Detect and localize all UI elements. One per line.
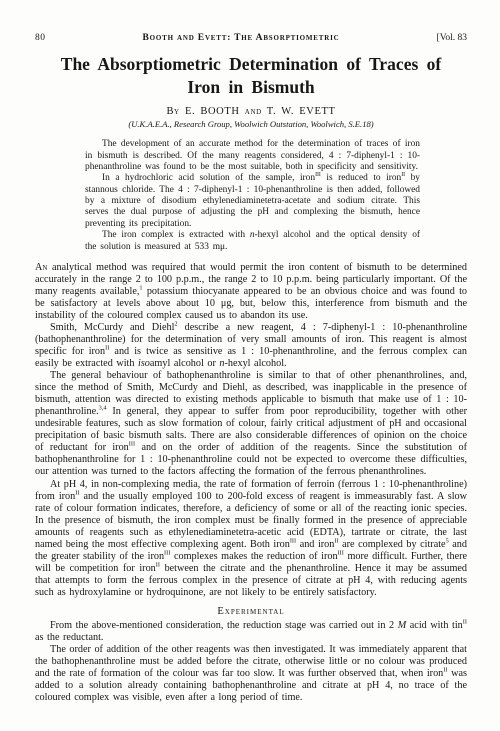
article-body: An analytical method was required that w… bbox=[35, 262, 467, 704]
abstract-paragraph-3: The iron complex is extracted with n-hex… bbox=[85, 230, 420, 253]
experimental-paragraph-2: The order of addition of the other reage… bbox=[35, 644, 467, 704]
body-paragraph-3: The general behaviour of bathophenanthro… bbox=[35, 370, 467, 478]
running-title: Booth and Evett: The Absorptiometric bbox=[143, 33, 340, 43]
body-paragraph-4: At pH 4, in non-complexing media, the ra… bbox=[35, 479, 467, 599]
page-number: 80 bbox=[35, 33, 46, 43]
body-paragraph-1: An analytical method was required that w… bbox=[35, 262, 467, 322]
journal-article-page: 80 Booth and Evett: The Absorptiometric … bbox=[0, 0, 500, 731]
byline: By E. BOOTH and T. W. EVETT bbox=[35, 106, 467, 117]
article-title-line-2: Iron in Bismuth bbox=[35, 76, 467, 99]
affiliation: (U.K.A.E.A., Research Group, Woolwich Ou… bbox=[35, 119, 467, 129]
running-header: 80 Booth and Evett: The Absorptiometric … bbox=[35, 33, 467, 43]
abstract-paragraph-2: In a hydrochloric acid solution of the s… bbox=[85, 173, 420, 230]
body-paragraph-2: Smith, McCurdy and Diehl2 describe a new… bbox=[35, 322, 467, 370]
section-heading-experimental: Experimental bbox=[35, 606, 467, 618]
abstract-paragraph-1: The development of an accurate method fo… bbox=[85, 139, 420, 173]
experimental-paragraph-1: From the above-mentioned consideration, … bbox=[35, 620, 467, 644]
abstract: The development of an accurate method fo… bbox=[85, 139, 420, 253]
article-title-line-1: The Absorptiometric Determination of Tra… bbox=[35, 53, 467, 76]
article-title: The Absorptiometric Determination of Tra… bbox=[35, 53, 467, 99]
volume-label: [Vol. 83 bbox=[437, 33, 467, 43]
